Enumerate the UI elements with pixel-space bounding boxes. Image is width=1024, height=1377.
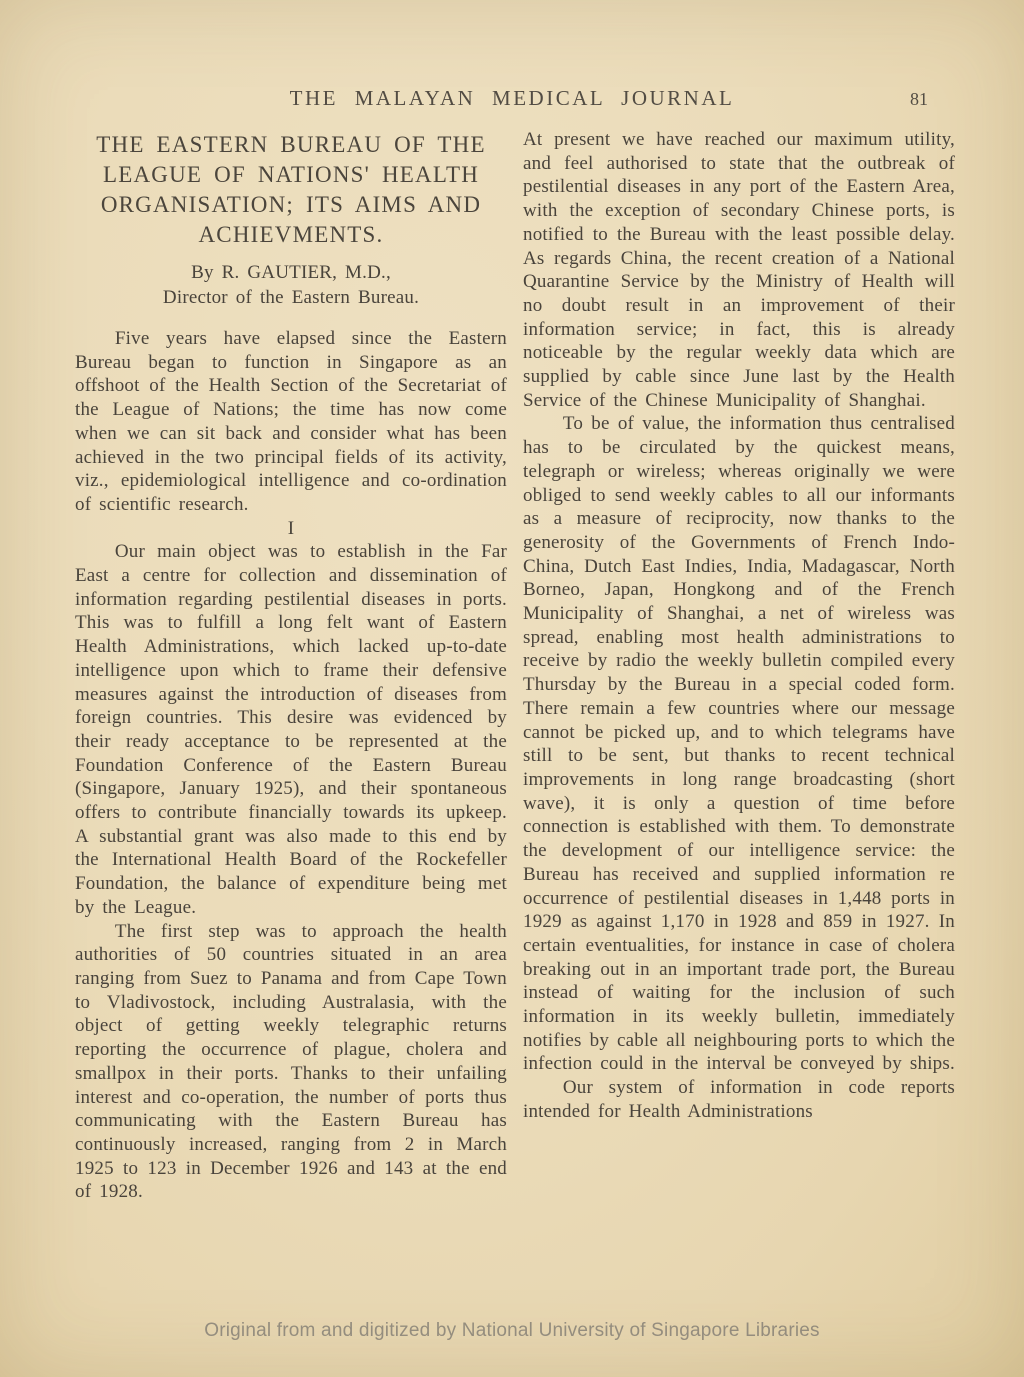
article-body: THE EASTERN BUREAU OF THE LEAGUE OF NATI… — [75, 128, 955, 1204]
page-number: 81 — [910, 89, 928, 110]
paragraph: Our main object was to establish in the … — [75, 540, 507, 919]
article-title-line: THE EASTERN BUREAU OF THE — [75, 130, 507, 160]
left-column-text: Five years have elapsed since the Easter… — [75, 327, 507, 1204]
paragraph: Our system of information in code report… — [523, 1076, 955, 1123]
journal-title: THE MALAYAN MEDICAL JOURNAL — [0, 86, 1024, 111]
running-header: THE MALAYAN MEDICAL JOURNAL 81 — [0, 86, 1024, 116]
article-title-line: ORGANISATION; ITS AIMS AND — [75, 190, 507, 220]
paragraph: To be of value, the information thus cen… — [523, 412, 955, 1076]
article-title-line: ACHIEVMENTS. — [75, 220, 507, 250]
left-column: THE EASTERN BUREAU OF THE LEAGUE OF NATI… — [75, 128, 507, 1204]
section-heading: I — [75, 517, 507, 541]
right-column-text: At present we have reached our maximum u… — [523, 128, 955, 1124]
digitization-credit: Original from and digitized by National … — [0, 1320, 1024, 1342]
right-column: At present we have reached our maximum u… — [523, 128, 955, 1204]
paragraph: The first step was to approach the healt… — [75, 920, 507, 1204]
article-title: THE EASTERN BUREAU OF THE LEAGUE OF NATI… — [75, 130, 507, 250]
paragraph: At present we have reached our maximum u… — [523, 128, 955, 412]
author-byline: By R. GAUTIER, M.D., — [75, 260, 507, 285]
journal-page: THE MALAYAN MEDICAL JOURNAL 81 THE EASTE… — [0, 0, 1024, 1377]
article-title-line: LEAGUE OF NATIONS' HEALTH — [75, 160, 507, 190]
paragraph: Five years have elapsed since the Easter… — [75, 327, 507, 517]
author-role: Director of the Eastern Bureau. — [75, 285, 507, 310]
